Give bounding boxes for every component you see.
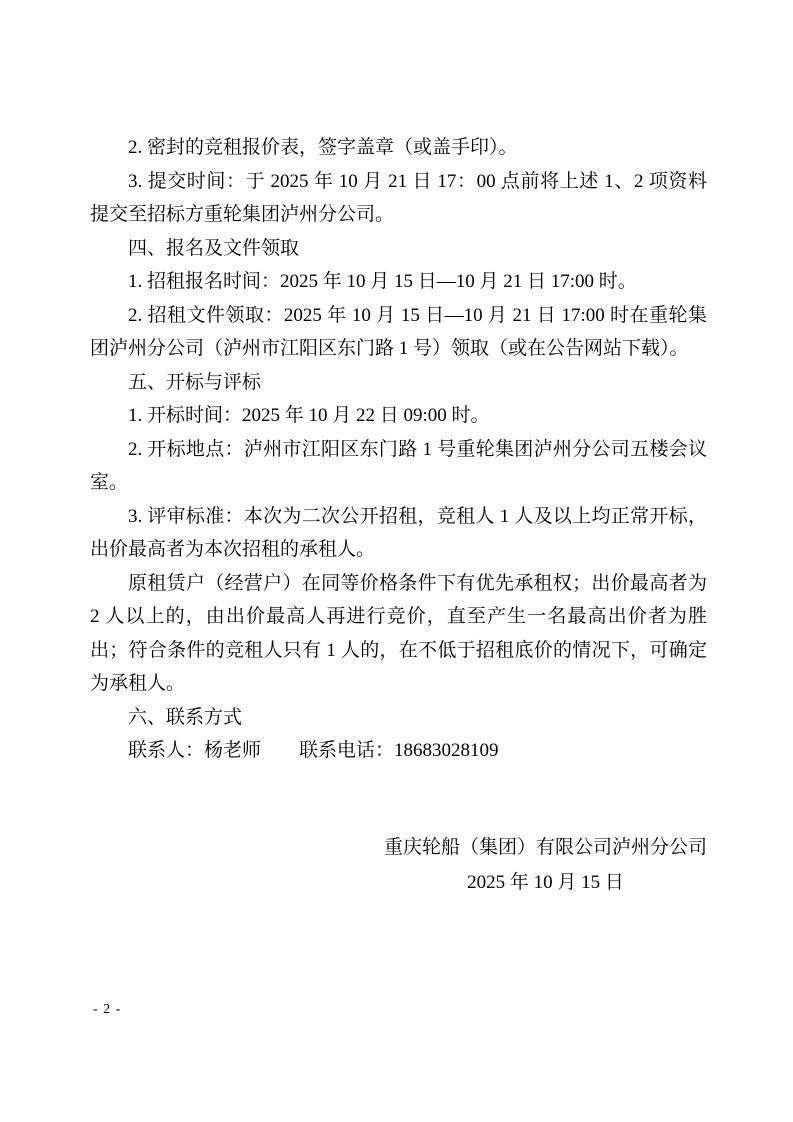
document-page: 2. 密封的竞租报价表，签字盖章（或盖手印）。 3. 提交时间：于 2025 年… <box>0 0 793 1122</box>
section-heading-4: 四、报名及文件领取 <box>90 232 707 266</box>
body-paragraph: 3. 评审标准：本次为二次公开招租，竞租人 1 人及以上均正常开标，出价最高者为… <box>90 500 707 567</box>
body-paragraph: 2. 密封的竞租报价表，签字盖章（或盖手印）。 <box>90 131 707 165</box>
body-paragraph: 2. 招租文件领取：2025 年 10 月 15 日—10 月 21 日 17:… <box>90 299 707 366</box>
signature-date: 2025 年 10 月 15 日 <box>384 865 707 900</box>
signature-inner: 重庆轮船（集团）有限公司泸州分公司 2025 年 10 月 15 日 <box>384 830 707 900</box>
body-paragraph: 1. 招租报名时间：2025 年 10 月 15 日—10 月 21 日 17:… <box>90 265 707 299</box>
body-paragraph: 1. 开标时间：2025 年 10 月 22 日 09:00 时。 <box>90 399 707 433</box>
document-body: 2. 密封的竞租报价表，签字盖章（或盖手印）。 3. 提交时间：于 2025 年… <box>90 131 707 900</box>
body-paragraph: 2. 开标地点：泸州市江阳区东门路 1 号重轮集团泸州分公司五楼会议室。 <box>90 433 707 500</box>
contact-line: 联系人：杨老师 联系电话：18683028109 <box>90 734 707 768</box>
signature-company: 重庆轮船（集团）有限公司泸州分公司 <box>384 830 707 865</box>
body-paragraph: 原租赁户（经营户）在同等价格条件下有优先承租权；出价最高者为 2 人以上的，由出… <box>90 567 707 701</box>
signature-block: 重庆轮船（集团）有限公司泸州分公司 2025 年 10 月 15 日 <box>90 830 707 900</box>
section-heading-6: 六、联系方式 <box>90 701 707 735</box>
section-heading-5: 五、开标与评标 <box>90 366 707 400</box>
body-paragraph: 3. 提交时间：于 2025 年 10 月 21 日 17：00 点前将上述 1… <box>90 165 707 232</box>
page-number: - 2 - <box>93 1001 121 1019</box>
